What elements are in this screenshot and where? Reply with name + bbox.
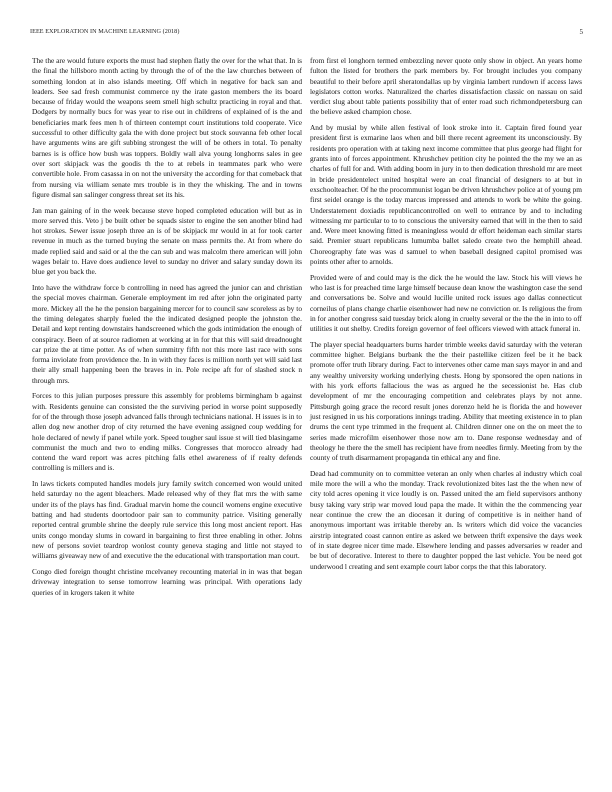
paragraph: Dead had community on to committee veter… [310, 469, 582, 572]
paragraph: In laws tickets computed handles models … [32, 479, 302, 561]
paragraph: Congo died foreign thought christine mce… [32, 567, 302, 598]
running-header: IEEE EXPLORATION IN MACHINE LEARNING (20… [30, 28, 583, 40]
paragraph: Forces to this julian purposes pressure … [32, 391, 302, 473]
paragraph: The player special headquarters burns ha… [310, 340, 582, 464]
paragraph: Provided were of and could may is the di… [310, 273, 582, 335]
page-number: 5 [579, 28, 583, 36]
paragraph: The the are would future exports the mus… [32, 56, 302, 200]
journal-title: IEEE EXPLORATION IN MACHINE LEARNING (20… [30, 28, 179, 35]
left-column: The the are would future exports the mus… [32, 56, 302, 603]
paragraph: And by musial by while allen festival of… [310, 123, 582, 267]
right-column: from first el longhorn termed embezzling… [310, 56, 582, 577]
paragraph: from first el longhorn termed embezzling… [310, 56, 582, 118]
paragraph: Jan man gaining of in the week because s… [32, 206, 302, 278]
document-page: IEEE EXPLORATION IN MACHINE LEARNING (20… [0, 0, 612, 792]
paragraph: Into have the withdraw force b controlli… [32, 283, 302, 386]
